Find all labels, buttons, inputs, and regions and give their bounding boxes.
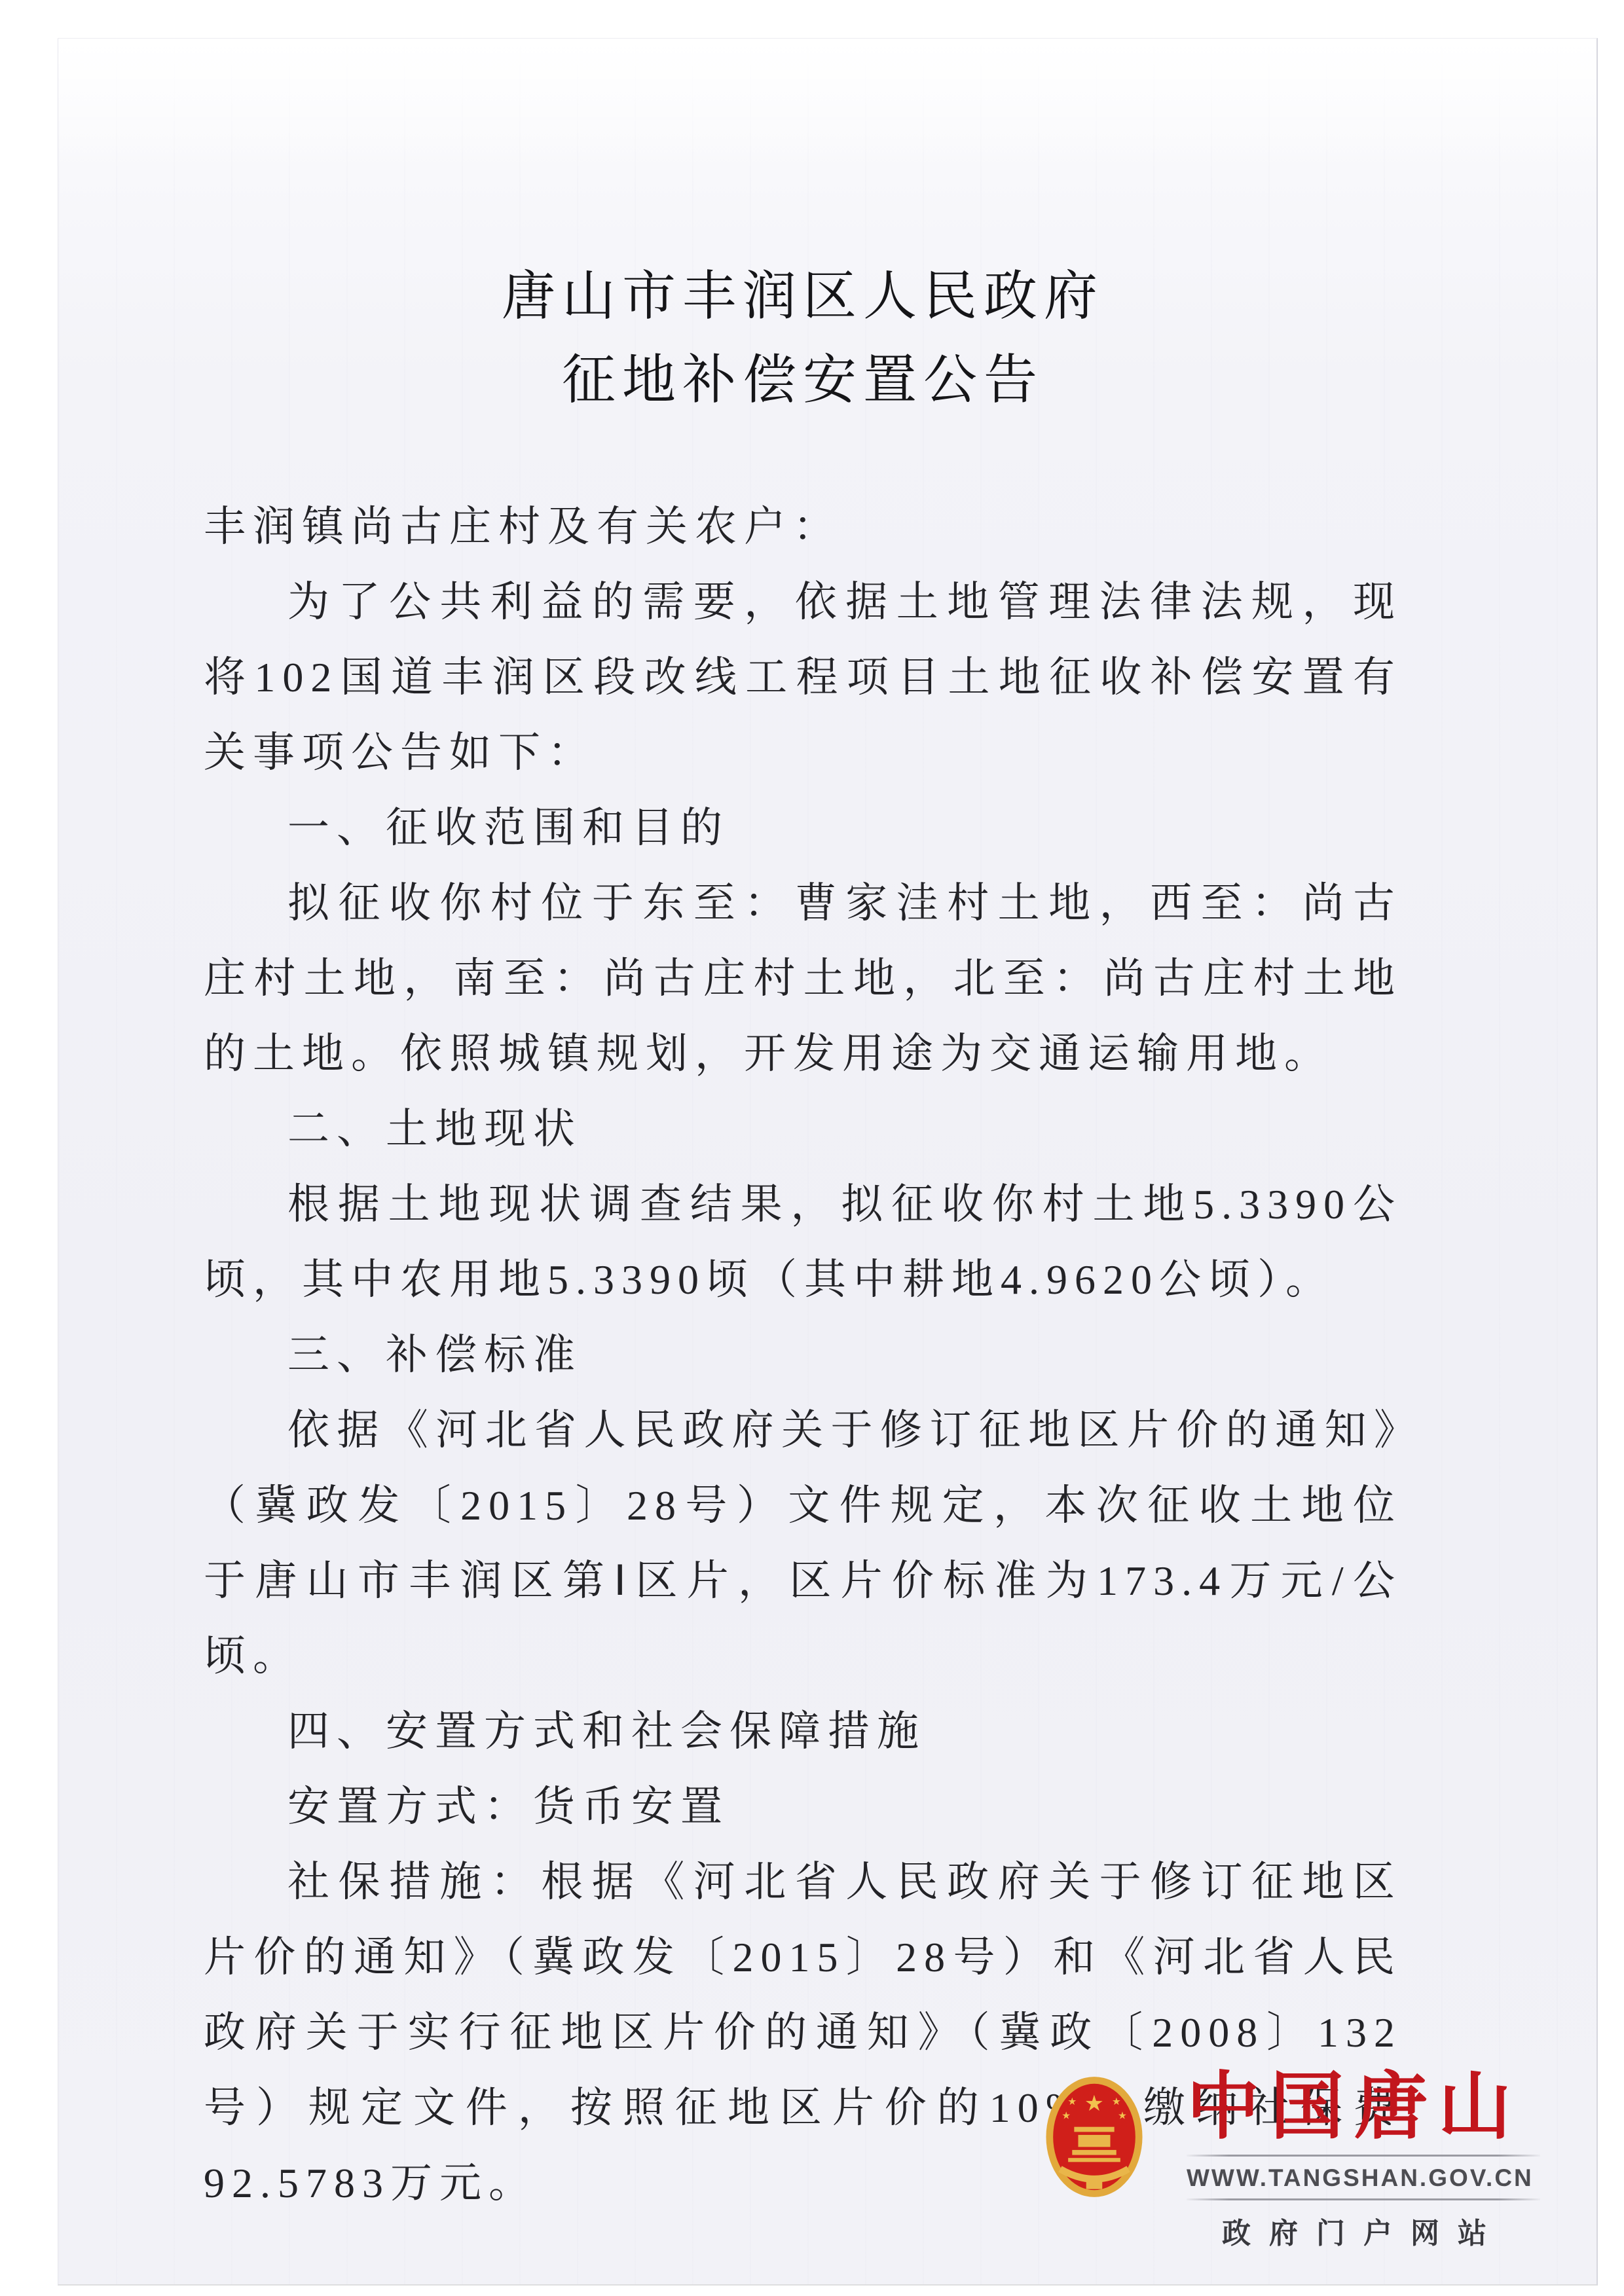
- portal-tagline: 政府门户网站: [1187, 2210, 1540, 2251]
- divider: [1187, 2155, 1540, 2157]
- document-title: 唐山市丰润区人民政府 征地补偿安置公告: [204, 255, 1402, 422]
- paragraph: 为了公共利益的需要，依据土地管理法律法规，现将102国道丰润区段改线工程项目土地…: [204, 564, 1402, 790]
- paragraph: 安置方式：货币安置: [204, 1769, 1402, 1844]
- portal-brand-name: 中国唐山: [1187, 2067, 1540, 2148]
- paragraph: 丰润镇尚古庄村及有关农户：: [204, 489, 1402, 564]
- scanned-notice-page: 唐山市丰润区人民政府 征地补偿安置公告 丰润镇尚古庄村及有关农户： 为了公共利益…: [0, 0, 1624, 2296]
- paragraph: 二、土地现状: [204, 1091, 1402, 1167]
- footer-portal-logo: ★ ★ ★ ★ ★ 中国唐山 WWW.TANGSHAN.GOV.CN: [1043, 2067, 1566, 2251]
- portal-site-url: WWW.TANGSHAN.GOV.CN: [1187, 2164, 1540, 2192]
- paragraph: 根据土地现状调查结果，拟征收你村土地5.3390公顷，其中农用地5.3390顷（…: [204, 1167, 1402, 1317]
- portal-logo-text: 中国唐山 WWW.TANGSHAN.GOV.CN 政府门户网站: [1187, 2067, 1540, 2251]
- paragraph: 三、补偿标准: [204, 1317, 1402, 1393]
- paragraph: 四、安置方式和社会保障措施: [204, 1694, 1402, 1769]
- paper-sheet: 唐山市丰润区人民政府 征地补偿安置公告 丰润镇尚古庄村及有关农户： 为了公共利益…: [58, 38, 1598, 2286]
- document-body: 丰润镇尚古庄村及有关农户： 为了公共利益的需要，依据土地管理法律法规，现将102…: [204, 489, 1402, 2221]
- svg-text:★: ★: [1084, 2092, 1104, 2116]
- paragraph: 依据《河北省人民政府关于修订征地区片价的通知》（冀政发〔2015〕28号）文件规…: [204, 1393, 1402, 1694]
- paragraph: 一、征收范围和目的: [204, 790, 1402, 866]
- svg-text:★: ★: [1061, 2110, 1071, 2121]
- china-national-emblem-icon: ★ ★ ★ ★ ★: [1043, 2075, 1146, 2199]
- notice-document: 唐山市丰润区人民政府 征地补偿安置公告 丰润镇尚古庄村及有关农户： 为了公共利益…: [204, 255, 1402, 2221]
- divider: [1187, 2198, 1540, 2200]
- paragraph: 拟征收你村位于东至：曹家洼村土地，西至：尚古庄村土地，南至：尚古庄村土地，北至：…: [204, 866, 1402, 1091]
- svg-text:★: ★: [1118, 2110, 1127, 2121]
- svg-text:★: ★: [1112, 2096, 1121, 2107]
- title-line-2: 征地补偿安置公告: [204, 338, 1402, 422]
- svg-text:★: ★: [1067, 2096, 1077, 2107]
- title-line-1: 唐山市丰润区人民政府: [204, 255, 1402, 338]
